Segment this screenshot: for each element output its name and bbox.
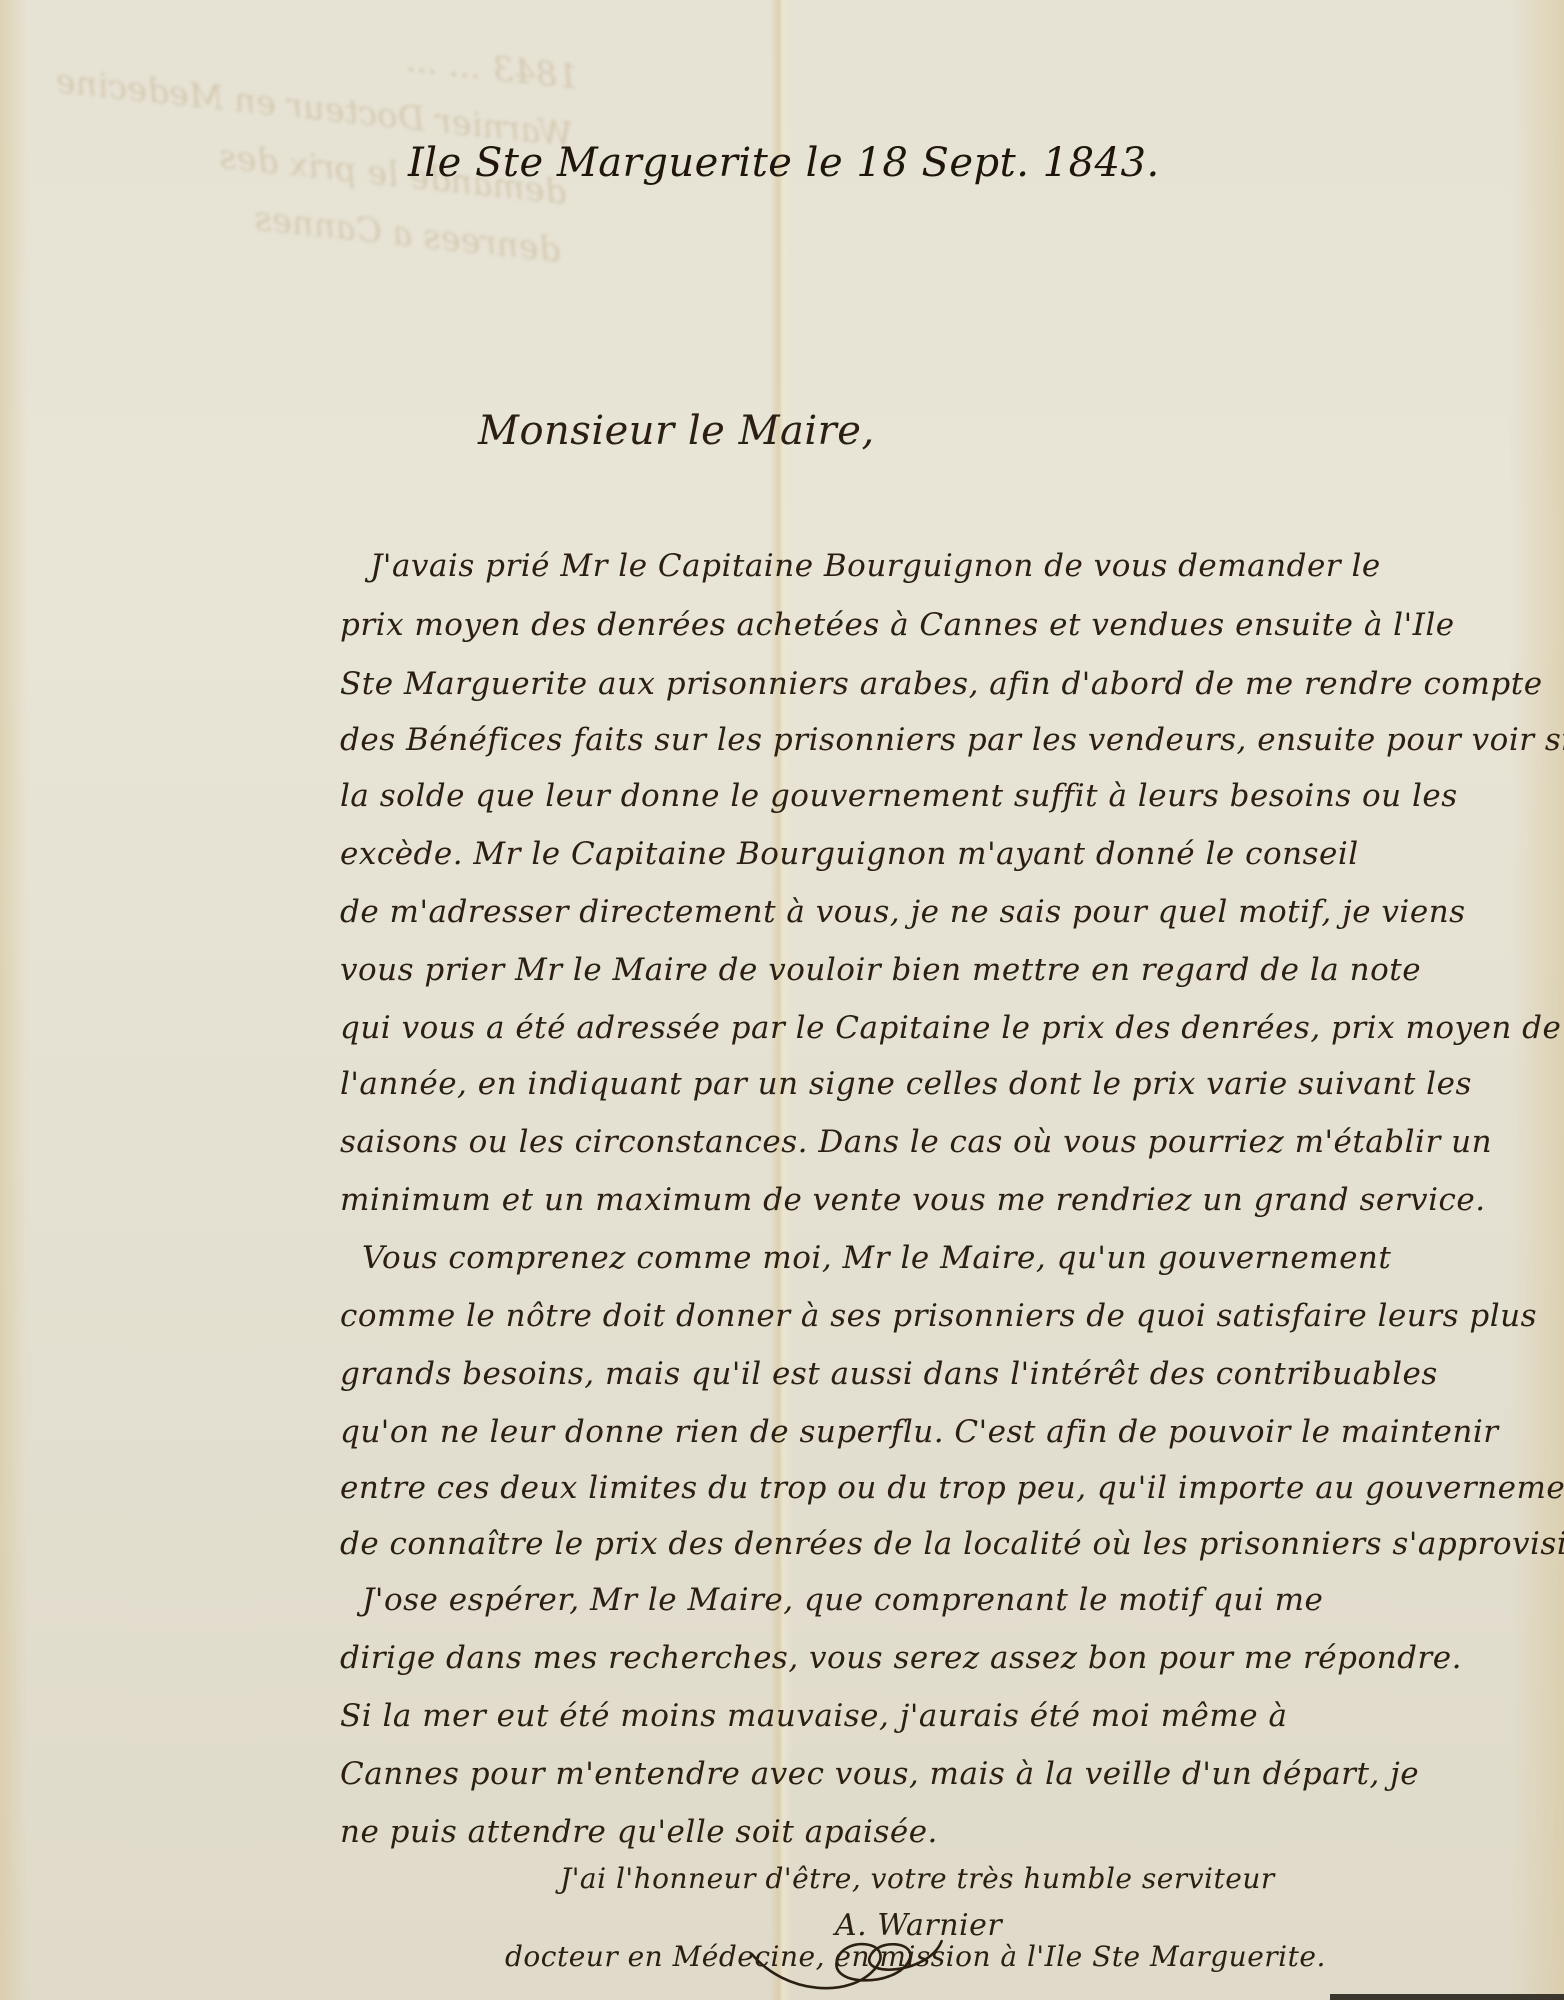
body-line: comme le nôtre doit donner à ses prisonn…: [340, 1298, 1537, 1334]
body-line: excède. Mr le Capitaine Bourguignon m'ay…: [340, 836, 1359, 872]
body-line: Si la mer eut été moins mauvaise, j'aura…: [340, 1698, 1287, 1734]
body-line: prix moyen des denrées achetées à Cannes…: [340, 607, 1455, 643]
body-line: J'avais prié Mr le Capitaine Bourguignon…: [370, 548, 1381, 584]
body-line: entre ces deux limites du trop ou du tro…: [340, 1470, 1564, 1506]
body-line: saisons ou les circonstances. Dans le ca…: [340, 1124, 1492, 1160]
body-line: dirige dans mes recherches, vous serez a…: [340, 1640, 1462, 1676]
body-line: de m'adresser directement à vous, je ne …: [340, 894, 1466, 930]
salutation: Monsieur le Maire,: [478, 408, 875, 454]
body-line: la solde que leur donne le gouvernement …: [340, 778, 1458, 814]
letter-page: 1843 ... ... Warnier Docteur en Medecine…: [0, 0, 1564, 2000]
closing-formula: J'ai l'honneur d'être, votre très humble…: [560, 1862, 1275, 1895]
body-line: ne puis attendre qu'elle soit apaisée.: [340, 1814, 938, 1850]
body-line: Ste Marguerite aux prisonniers arabes, a…: [340, 666, 1543, 702]
body-line: J'ose espérer, Mr le Maire, que comprena…: [362, 1582, 1323, 1618]
body-line: des Bénéfices faits sur les prisonniers …: [340, 722, 1564, 758]
body-line: de connaître le prix des denrées de la l…: [340, 1526, 1564, 1562]
body-line: Vous comprenez comme moi, Mr le Maire, q…: [362, 1240, 1391, 1276]
body-line: Cannes pour m'entendre avec vous, mais à…: [340, 1756, 1419, 1792]
body-line: grands besoins, mais qu'il est aussi dan…: [340, 1356, 1438, 1392]
signatory-title: docteur en Médecine, en mission à l'Ile …: [505, 1940, 1326, 1973]
body-line: qui vous a été adressée par le Capitaine…: [340, 1010, 1561, 1046]
body-line: qu'on ne leur donne rien de superflu. C'…: [340, 1414, 1499, 1450]
scan-edge-shadow: [1330, 1994, 1564, 2000]
body-line: vous prier Mr le Maire de vouloir bien m…: [340, 952, 1421, 988]
dateline: Ile Ste Marguerite le 18 Sept. 1843.: [408, 140, 1160, 186]
body-line: minimum et un maximum de vente vous me r…: [340, 1182, 1486, 1218]
body-line: l'année, en indiquant par un signe celle…: [340, 1066, 1472, 1102]
